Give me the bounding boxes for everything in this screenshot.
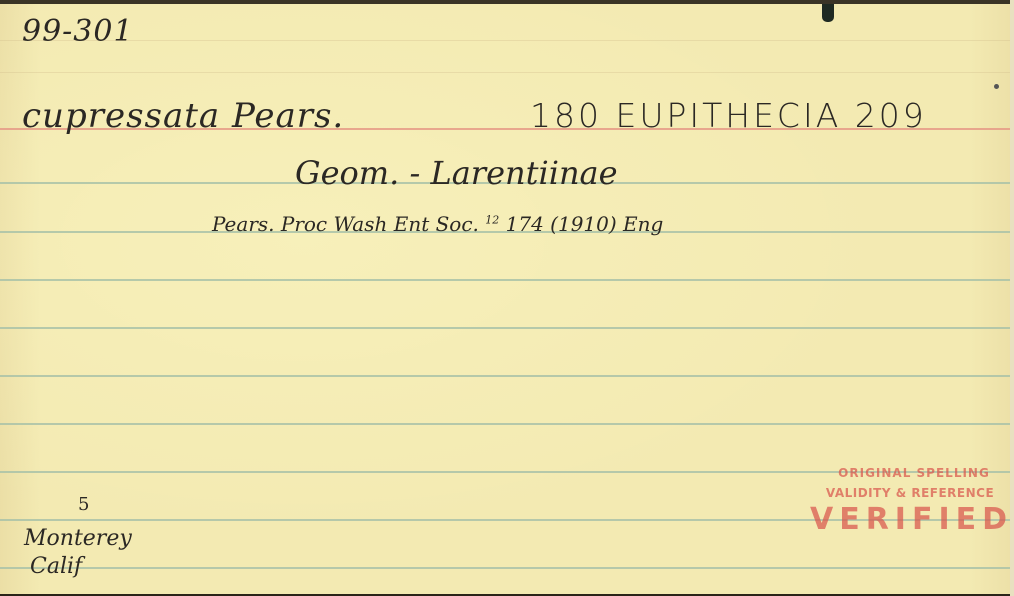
ruled-line xyxy=(0,279,1010,281)
locality-line-2: Calif xyxy=(30,554,82,579)
ink-dot xyxy=(994,84,999,89)
ruled-line xyxy=(0,327,1010,329)
literature-reference: Pears. Proc Wash Ent Soc. 12 174 (1910) … xyxy=(212,212,663,236)
family-subfamily: Geom. - Larentiinae xyxy=(295,154,618,192)
stamp-line-1: ORIGINAL SPELLING xyxy=(818,466,1010,480)
reference-year: (1910) xyxy=(550,212,617,236)
faint-rule xyxy=(0,72,1010,73)
stamp-line-2: VALIDITY & REFERENCE xyxy=(810,486,1010,500)
ruled-line xyxy=(0,423,1010,425)
genus-header: 180 EUPITHECIA 209 xyxy=(530,96,927,135)
species-name: cupressata Pears. xyxy=(22,96,344,136)
specimen-count: 5 xyxy=(78,494,89,515)
ruled-line xyxy=(0,375,1010,377)
verification-stamp: ORIGINAL SPELLING VALIDITY & REFERENCE V… xyxy=(810,466,1010,537)
catalog-number: 99-301 xyxy=(22,14,134,49)
card-right-edge xyxy=(1010,0,1014,596)
reference-volume: 12 xyxy=(485,213,499,226)
reference-note: Eng xyxy=(623,212,663,236)
clip-mark xyxy=(822,4,834,22)
faint-rule xyxy=(0,40,1010,41)
reference-text: Pears. Proc Wash Ent Soc. xyxy=(212,212,479,236)
reference-page: 174 xyxy=(506,212,544,236)
locality-line-1: Monterey xyxy=(24,526,132,551)
ruled-line xyxy=(0,567,1010,569)
index-card: 99-301 cupressata Pears. 180 EUPITHECIA … xyxy=(0,4,1010,594)
stamp-line-3: VERIFIED. xyxy=(810,502,1010,537)
